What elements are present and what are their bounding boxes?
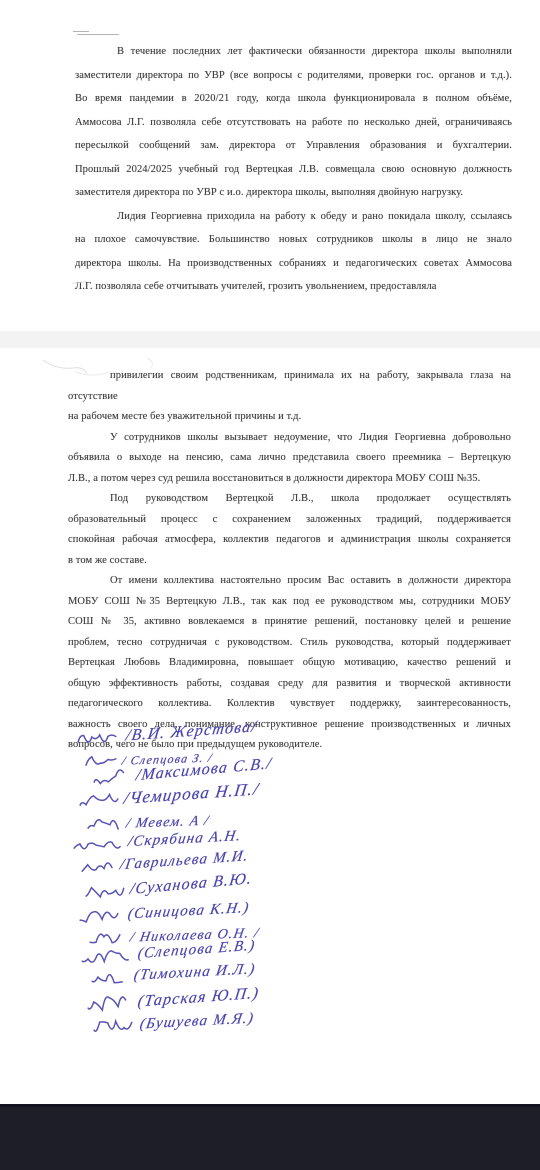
text-line: заместители директора по УВР (все вопрос… [75,64,512,88]
signature-name: (Синицова К.Н.) [127,900,251,924]
text-line: общую эффективность работы, создавая сре… [68,674,511,695]
signature-row: (Бушуева М.Я.) [91,1008,254,1040]
signature-row: (Слепцова Е.В.) [79,935,256,971]
text-line: В течение последних лет фактически обяза… [75,40,512,64]
signature-name: (Тимохина И.Л.) [133,962,257,986]
page-seam [0,331,540,348]
handwritten-scribble-icon [85,991,135,1018]
text-line: директора школы. На производственных соб… [75,252,512,276]
signature-row: /Чемирова Н.П./ [77,778,260,815]
signature-row: /Гаврильева М.И. [79,845,249,881]
handwritten-scribble-icon [71,831,124,858]
signature-row: /Суханова В.Ю. [83,867,253,906]
signature-name: /Чемирова Н.П./ [122,779,260,809]
text-line: образовательный процесс с сохранением за… [68,510,511,531]
text-line: СОШ № 35, активно вовлекаемся в принятие… [68,612,511,633]
handwritten-scribble-icon [89,965,130,991]
page-2-text: привилегии своим родственникам, принимал… [68,366,511,756]
text-line: От имени коллектива настоятельно просим … [68,571,511,592]
handwritten-scribble-icon [79,943,135,971]
signature-row: / Мевем. А / [86,810,210,838]
handwritten-scribble-icon [91,765,133,792]
signature-name: / Мевем. А / [125,814,211,833]
text-line: спокойная рабочая атмосфера, коллектив п… [68,530,511,551]
text-line: Прошлый 2024/2025 учебный год Вертецкая … [75,158,512,182]
text-line: важность своего дела, понимание, констру… [68,715,511,736]
handwritten-scribble-icon [91,1014,136,1040]
signature-row: (Тимохина И.Л.) [89,958,256,991]
handwritten-scribble-icon [77,904,124,930]
text-line: Лидия Георгиевна приходила на работу к о… [75,205,512,229]
signature-name: (Бушуева М.Я.) [139,1011,256,1034]
signature-row: / Николаева О.Н. / [88,922,260,952]
text-line: пересылкой сообщений зам. директора от У… [75,134,512,158]
signature-name: (Тарская Ю.П.) [137,984,261,1011]
viewer-dark-area [0,1104,540,1170]
signature-name: /Максимова С.В./ [135,755,273,785]
scanned-letter-photo: В течение последних лет фактически обяза… [0,0,540,1170]
handwritten-scribble-icon [77,788,121,815]
signature-row: (Тарская Ю.П.) [85,982,260,1018]
text-line: в том же составе. [68,551,511,572]
signature-name: /Суханова В.Ю. [129,870,254,899]
page-1-text: В течение последних лет фактически обяза… [75,40,512,299]
scan-artifact-top-mark [73,31,143,37]
text-line: привилегии своим родственникам, принимал… [68,366,511,407]
handwritten-scribble-icon [79,855,117,881]
text-line: МОБУ СОШ №35 Вертецкую Л.В., так как под… [68,592,511,613]
signature-name: / Николаева О.Н. / [129,926,261,947]
text-line: Л.В., а потом через суд решила восстанов… [68,469,511,490]
signature-row: /Максимова С.В./ [91,752,273,792]
text-line: Под руководством Вертецкой Л.В., школа п… [68,489,511,510]
text-line: проблем, тесно сотрудничая с руководство… [68,633,511,654]
text-line: вопросов, чего не было при предыдущем ру… [68,735,511,756]
signature-name: /Гаврильева М.И. [119,849,250,875]
handwritten-scribble-icon [88,927,127,952]
signature-name: (Слепцова Е.В.) [137,938,257,963]
text-line: объявила о выходе на пенсию, сама лично … [68,448,511,469]
text-line: Вертецкая Любовь Владимировна, повышает … [68,653,511,674]
handwritten-scribble-icon [83,878,127,906]
text-line: на рабочем месте без уважительной причин… [68,407,511,428]
text-line: Л.Г. позволяла себе отчитывать учителей,… [75,275,512,299]
signature-row: /Скрябина А.Н. [71,825,242,858]
text-line: Во время пандемии в 2020/21 году, когда … [75,87,512,111]
signature-row: (Синицова К.Н.) [77,897,250,930]
text-line: У сотрудников школы вызывает недоумение,… [68,428,511,449]
text-line: педагогического коллектива. Коллектив чу… [68,694,511,715]
text-line: заместителя директора по УВР с и.о. дире… [75,181,512,205]
text-line: Аммосова Л.Г. позволяла себе отсутствова… [75,111,512,135]
text-line: на плохое самочувствие. Большинство новы… [75,228,512,252]
signature-name: /Скрябина А.Н. [127,828,243,851]
handwritten-scribble-icon [86,813,123,838]
